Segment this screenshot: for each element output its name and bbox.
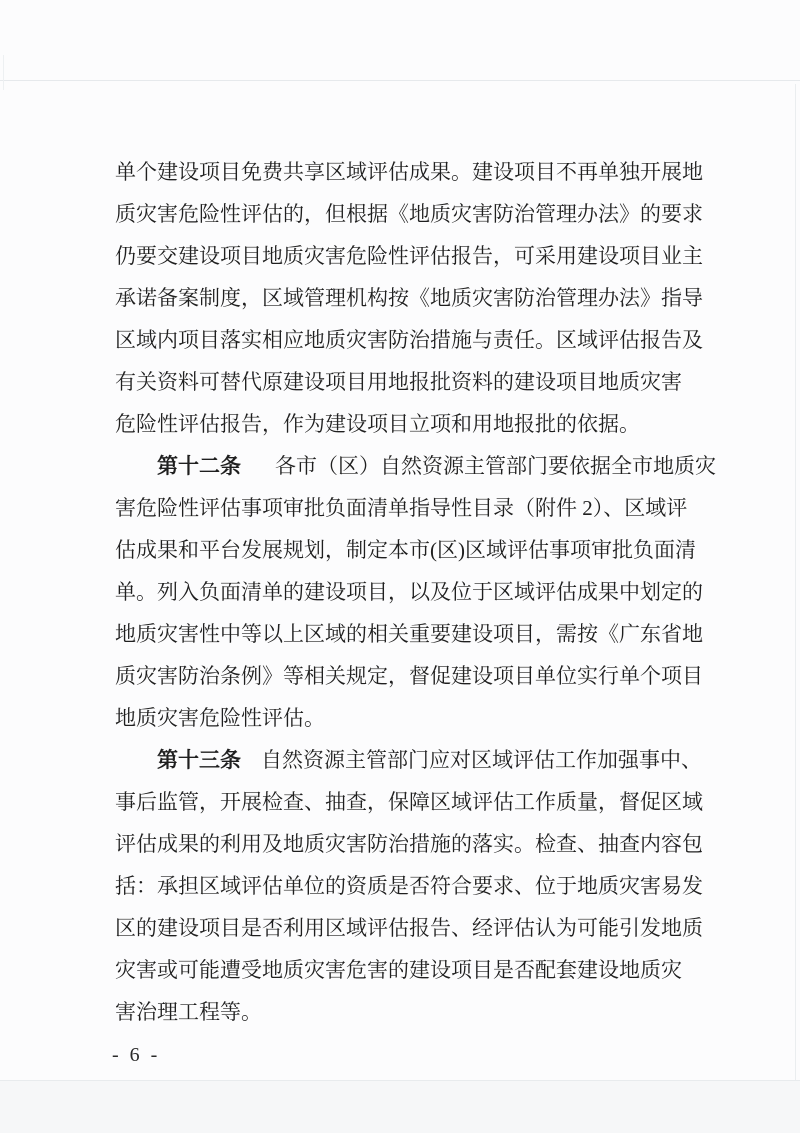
- article-12-heading-line: 第十二条各市（区）自然资源主管部门要依据全市地质灾: [115, 445, 719, 487]
- text-line: 仍要交建设项目地质灾害危险性评估报告，可采用建设项目业主: [115, 235, 719, 277]
- text-line: 质灾害危险性评估的，但根据《地质灾害防治管理办法》的要求: [115, 193, 719, 235]
- text-line: 地质灾害性中等以上区域的相关重要建设项目，需按《广东省地: [115, 613, 719, 655]
- scan-fold-line-top: [0, 80, 800, 81]
- text-line: 评估成果的利用及地质灾害防治措施的落实。检查、抽查内容包: [115, 823, 719, 865]
- text-line: 事后监管，开展检查、抽查，保障区域评估工作质量，督促区域: [115, 781, 719, 823]
- scan-fold-line-bottom: [0, 1080, 800, 1081]
- document-body: 单个建设项目免费共享区域评估成果。建设项目不再单独开展地 质灾害危险性评估的，但…: [115, 151, 719, 1033]
- text-line: 估成果和平台发展规划，制定本市(区)区域评估事项审批负面清: [115, 529, 719, 571]
- article-13-number: 第十三条: [157, 748, 241, 772]
- text-line: 括：承担区域评估单位的资质是否符合要求、位于地质灾害易发: [115, 865, 719, 907]
- paragraph-end-line: 危险性评估报告，作为建设项目立项和用地报批的依据。: [115, 403, 719, 445]
- article-13-text: 自然资源主管部门应对区域评估工作加强事中、: [261, 748, 702, 772]
- article-12-text: 各市（区）自然资源主管部门要依据全市地质灾: [275, 454, 716, 478]
- article-13-heading-line: 第十三条自然资源主管部门应对区域评估工作加强事中、: [115, 739, 719, 781]
- scan-edge-line-right: [795, 84, 796, 1133]
- text-line: 害危险性评估事项审批负面清单指导性目录（附件 2）、区域评: [115, 487, 719, 529]
- text-line: 质灾害防治条例》等相关规定，督促建设项目单位实行单个项目: [115, 655, 719, 697]
- text-line: 承诺备案制度，区域管理机构按《地质灾害防治管理办法》指导: [115, 277, 719, 319]
- paragraph-end-line: 害治理工程等。: [115, 991, 719, 1033]
- scanned-document-page: 单个建设项目免费共享区域评估成果。建设项目不再单独开展地 质灾害危险性评估的，但…: [0, 0, 800, 1133]
- text-line: 单。列入负面清单的建设项目，以及位于区域评估成果中划定的: [115, 571, 719, 613]
- text-line: 单个建设项目免费共享区域评估成果。建设项目不再单独开展地: [115, 151, 719, 193]
- text-line: 有关资料可替代原建设项目用地报批资料的建设项目地质灾害: [115, 361, 719, 403]
- article-12-number: 第十二条: [157, 454, 241, 478]
- text-line: 灾害或可能遭受地质灾害危害的建设项目是否配套建设地质灾: [115, 949, 719, 991]
- text-line: 区域内项目落实相应地质灾害防治措施与责任。区域评估报告及: [115, 319, 719, 361]
- paragraph-end-line: 地质灾害危险性评估。: [115, 697, 719, 739]
- text-line: 区的建设项目是否利用区域评估报告、经评估认为可能引发地质: [115, 907, 719, 949]
- page-number: - 6 -: [112, 1040, 160, 1070]
- scan-edge-mark-left: [3, 55, 4, 90]
- scan-bottom-band: [0, 1081, 800, 1133]
